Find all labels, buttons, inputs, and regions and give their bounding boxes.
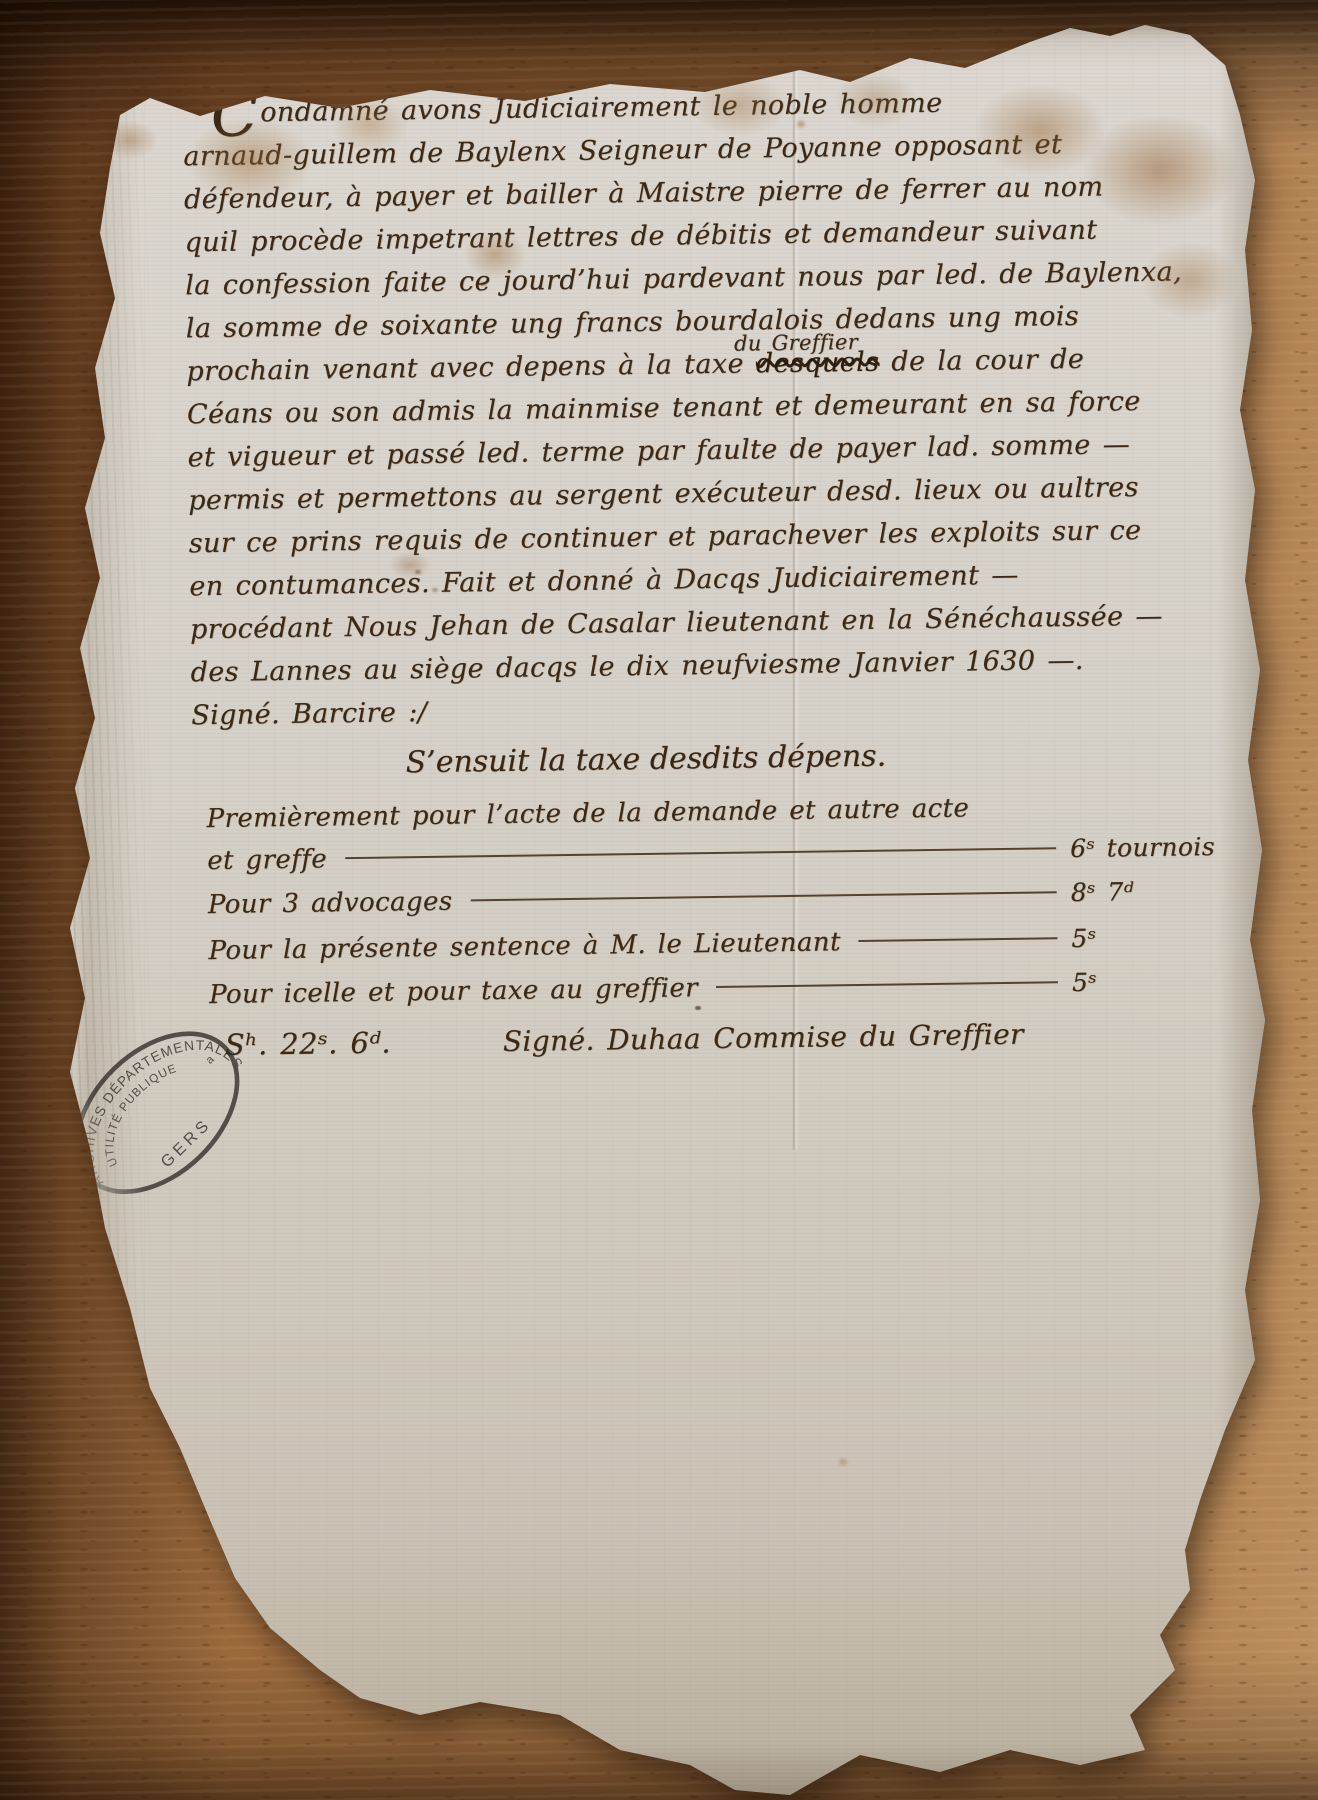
manuscript-line: la somme de soixante ung francs bourdalo… [186, 300, 1147, 356]
interlinear-insertion: du Greffier [734, 330, 858, 356]
manuscript-line: Céans ou son admis la mainmise tenant et… [187, 386, 1148, 442]
leader-line [345, 847, 1056, 859]
manuscript-line-with-correction: prochain venant avec depens à la taxe de… [186, 343, 1147, 399]
manuscript-line: procédant Nous Jehan de Casalar lieutena… [190, 601, 1151, 657]
leader-line [859, 937, 1058, 942]
stamp-oval-border [46, 1003, 267, 1222]
tax-item-4: Pour icelle et pour taxe au greffier 5ˢ [209, 965, 1257, 1020]
stamp-bottom-text: GERS [157, 1115, 215, 1172]
paper-stain-spots [40, 20, 46, 24]
tax-item-1: et greffe 6ˢ tournois [207, 831, 1255, 886]
struck-out-word: desquels [756, 347, 880, 380]
paper-shadow-wrap: Condamné avons Judiciairement le noble h… [0, 0, 1318, 1800]
manuscript-line: sur ce prins requis de continuer et para… [189, 515, 1150, 571]
leader-line [470, 891, 1056, 901]
manuscript-line: permis et permettons au sergent exécuteu… [188, 472, 1149, 528]
tax-total-row: Sʰ. 22ˢ. 6ᵈ. Signé. Duhaa Commise du Gre… [210, 1013, 1258, 1062]
manuscript-line: des Lannes au siège dacqs le dix neufvie… [190, 644, 1151, 700]
manuscript-line: arnaud-guillem de Baylenx Seigneur de Po… [183, 128, 1144, 184]
manuscript-line: quil procède impetrant lettres de débiti… [184, 214, 1145, 270]
tax-item-3: Pour la présente sentence à M. le Lieute… [208, 921, 1256, 976]
signature-line: Signé. Barcire :/ [191, 687, 1152, 743]
tax-item-label: Pour icelle et pour taxe au greffier [209, 973, 698, 1010]
manuscript-text-block: Condamné avons Judiciairement le noble h… [183, 85, 1152, 743]
tax-section-heading: S’ensuit la taxe desdits dépens. [246, 736, 1046, 782]
tax-item-label: Pour la présente sentence à M. le Lieute… [208, 927, 841, 966]
tax-item-label: Pour 3 advocages [208, 887, 453, 920]
manuscript-line: la confession faite ce jourd’hui pardeva… [185, 257, 1146, 313]
manuscript-line: et vigueur et passé led. terme par fault… [187, 429, 1148, 485]
archives-departementales-stamp: ARCHIVES DÉPARTEMENTALES UTILITÉ PUBLIQU… [26, 982, 288, 1243]
tax-item-amount: 5ˢ [1071, 921, 1256, 953]
tax-item-amount: 5ˢ [1072, 965, 1257, 997]
manuscript-line: Condamné avons Judiciairement le noble h… [183, 85, 1144, 141]
manuscript-line: en contumances. Fait et donné à Dacqs Ju… [189, 558, 1150, 614]
tax-item-2: Pour 3 advocages 8ˢ 7ᵈ [208, 875, 1256, 930]
tax-item-label: et greffe [207, 844, 327, 876]
stamp-small-mark: a [204, 1053, 217, 1066]
line7-text: prochain venant avec depens à la taxe [186, 348, 756, 387]
manuscript-line: défendeur, à payer et bailler à Maistre … [184, 171, 1145, 227]
tax-item-amount: 6ˢ tournois [1070, 831, 1255, 863]
paper-fold-crease [792, 30, 799, 1150]
paper-wrinkle-texture [40, 20, 155, 1798]
leader-line [716, 981, 1058, 988]
tax-item-amount: 8ˢ 7ᵈ [1071, 875, 1256, 907]
tax-item-1-label-line1: Premièrement pour l’acte de la demande e… [206, 789, 1254, 844]
line7-text: de la cour de [879, 344, 1084, 378]
tax-items-list: Premièrement pour l’acte de la demande e… [206, 789, 1258, 1062]
handwritten-content: Condamné avons Judiciairement le noble h… [36, 11, 1291, 1800]
stamp-graphic: ARCHIVES DÉPARTEMENTALES UTILITÉ PUBLIQU… [26, 982, 288, 1243]
clerk-signature: Signé. Duhaa Commise du Greffier [503, 1018, 1024, 1058]
stamp-arc-middle-text: UTILITÉ PUBLIQUE [80, 1054, 199, 1171]
tax-total-amount: Sʰ. 22ˢ. 6ᵈ. [225, 1026, 391, 1062]
manuscript-paper-sheet: Condamné avons Judiciairement le noble h… [40, 20, 1270, 1798]
stamp-arc-top-text: ARCHIVES DÉPARTEMENTALES [47, 1003, 248, 1201]
